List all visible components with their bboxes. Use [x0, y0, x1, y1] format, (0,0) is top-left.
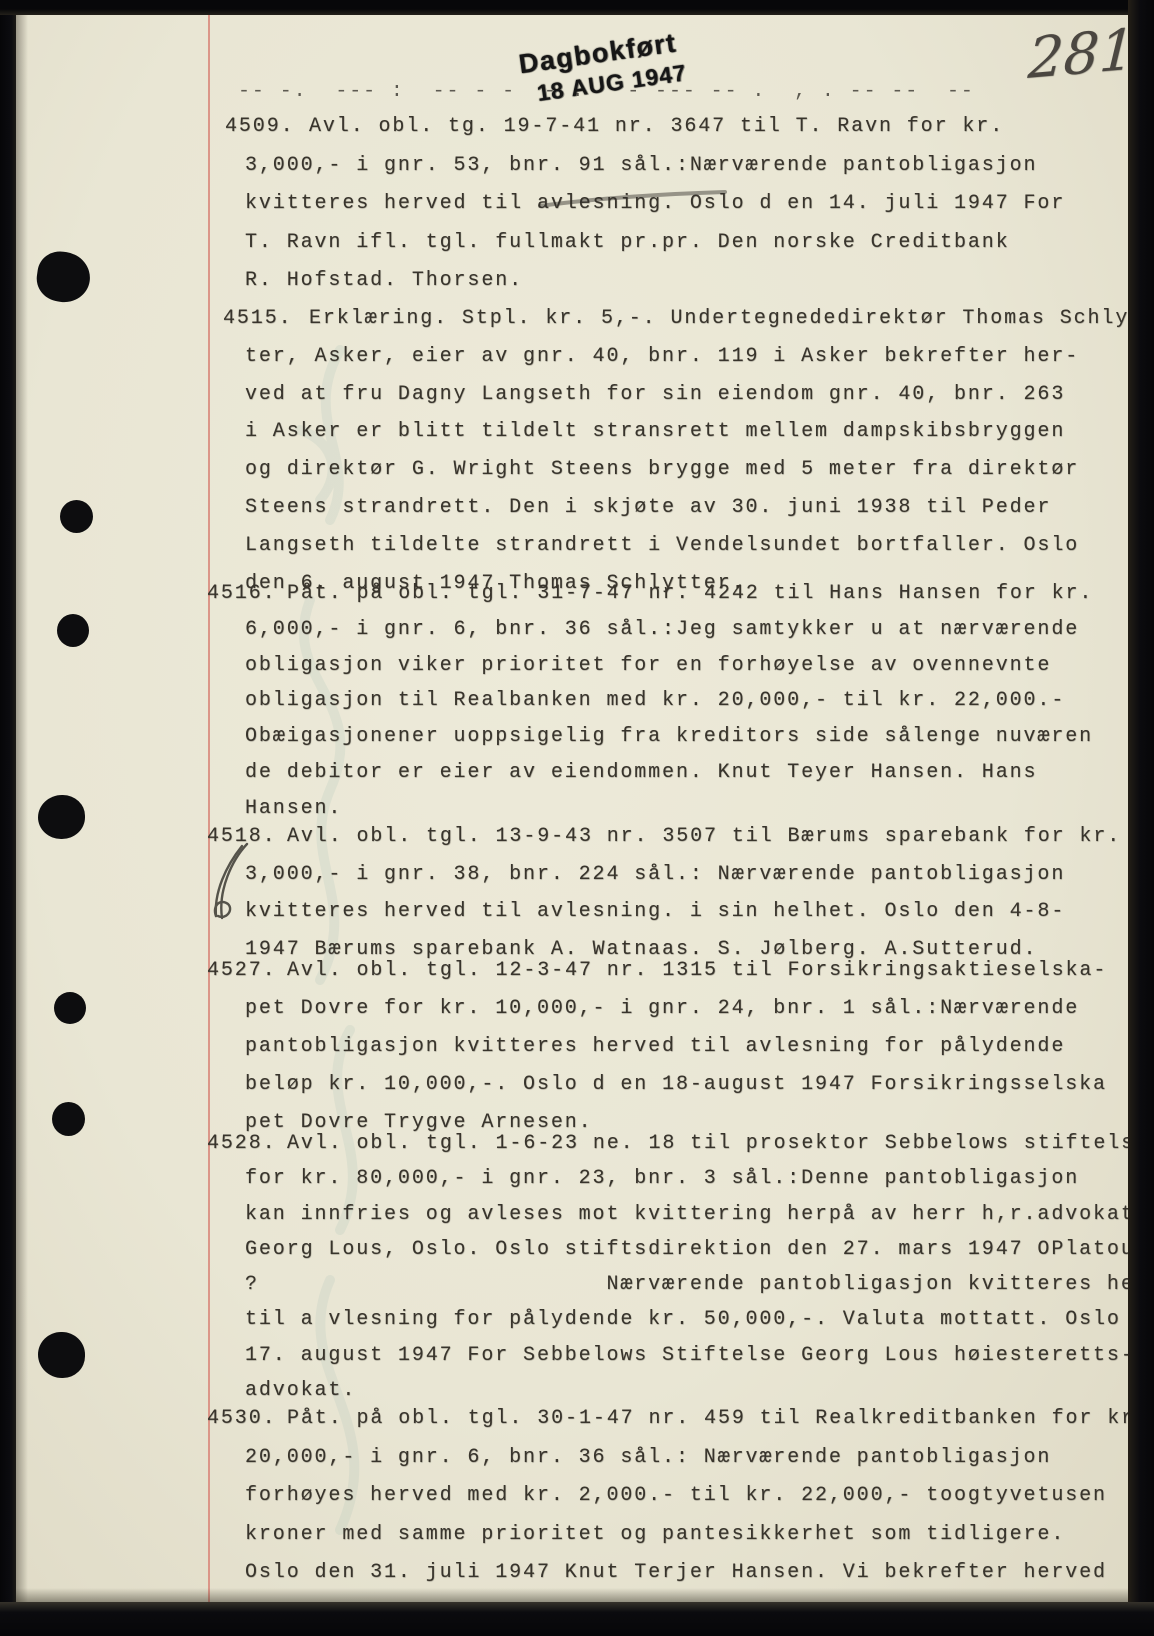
- page-number: 281: [1026, 17, 1136, 92]
- entry-line: de debitor er eier av eiendommen. Knut T…: [207, 755, 1154, 791]
- entry-text: Erklæring. Stpl. kr. 5,-. Undertegnededi…: [309, 307, 1154, 330]
- entry-text: Avl. obl. tgl. 13-9-43 nr. 3507 til Bæru…: [287, 825, 1121, 848]
- entry-number: 4515.: [223, 300, 309, 338]
- entry-line: Obæigasjonener uoppsigelig fra kreditors…: [207, 719, 1154, 755]
- entry-line: obligasjon viker prioritet for en forhøy…: [207, 648, 1154, 684]
- entry-number: 4528.: [207, 1126, 287, 1161]
- entry-line: pantobligasjon kvitteres herved til avle…: [207, 1028, 1154, 1066]
- entry-line: 20,000,- i gnr. 6, bnr. 36 sål.: Nærvære…: [207, 1439, 1154, 1478]
- entry-line: 4509.Avl. obl. tg. 19-7-41 nr. 3647 til …: [207, 108, 1154, 147]
- entry-line: 4516.Påt. på obl. tgl. 31-7-47 nr. 4242 …: [207, 576, 1154, 612]
- binder-hole: [34, 249, 93, 306]
- entry-line: R. Hofstad. Thorsen.: [207, 262, 1154, 301]
- entry-line: ter, Asker, eier av gnr. 40, bnr. 119 i …: [207, 338, 1154, 376]
- entry-line: i Asker er blitt tildelt stransrett mell…: [207, 413, 1154, 451]
- scan-edge-top: [0, 0, 1154, 15]
- entry-line: kvitteres herved til avlesning. i sin he…: [207, 893, 1154, 931]
- scan-edge-left: [0, 0, 16, 1636]
- scan-edge-right: [1128, 0, 1154, 1636]
- entry-line: 3,000,- i gnr. 53, bnr. 91 sål.:Nærværen…: [207, 147, 1154, 186]
- entry-line: ? Nærværende pantobligasjon kvitteres he…: [207, 1267, 1154, 1302]
- registry-entry-4528: 4528.Avl. obl. tgl. 1-6-23 ne. 18 til pr…: [207, 1126, 1154, 1408]
- entry-line: ved at fru Dagny Langseth for sin eiendo…: [207, 376, 1154, 414]
- entry-line: Langseth tildelte strandrett i Vendelsun…: [207, 527, 1154, 565]
- binder-hole: [38, 795, 85, 839]
- entry-text: Avl. obl. tgl. 12-3-47 nr. 1315 til Fors…: [287, 959, 1107, 982]
- entry-line: kroner med samme prioritet og pantesikke…: [207, 1516, 1154, 1555]
- entry-number: 4527.: [207, 952, 287, 990]
- entry-line: 4528.Avl. obl. tgl. 1-6-23 ne. 18 til pr…: [207, 1126, 1154, 1161]
- entry-number: 4518.: [207, 818, 287, 856]
- binder-hole: [52, 1102, 85, 1136]
- entry-line: til a vlesning for pålydende kr. 50,000,…: [207, 1302, 1154, 1337]
- entry-line: for kr. 80,000,- i gnr. 23, bnr. 3 sål.:…: [207, 1161, 1154, 1196]
- binder-hole: [54, 992, 86, 1024]
- entry-number: 4530.: [207, 1400, 287, 1439]
- registry-entry-4530: 4530.Påt. på obl. tgl. 30-1-47 nr. 459 t…: [207, 1400, 1154, 1593]
- entry-line: 6,000,- i gnr. 6, bnr. 36 sål.:Jeg samty…: [207, 612, 1154, 648]
- entry-text: Avl. obl. tg. 19-7-41 nr. 3647 til T. Ra…: [309, 115, 1004, 138]
- binder-hole: [38, 1332, 85, 1378]
- entry-line: 17. august 1947 For Sebbelows Stiftelse …: [207, 1338, 1154, 1373]
- registry-entry-4518: 4518.Avl. obl. tgl. 13-9-43 nr. 3507 til…: [207, 818, 1154, 968]
- entry-line: kan innfries og avleses mot kvittering h…: [207, 1197, 1154, 1232]
- entry-line: Steens strandrett. Den i skjøte av 30. j…: [207, 489, 1154, 527]
- entry-line: forhøyes herved med kr. 2,000.- til kr. …: [207, 1477, 1154, 1516]
- entry-line: og direktør G. Wright Steens brygge med …: [207, 451, 1154, 489]
- entry-line: pet Dovre for kr. 10,000,- i gnr. 24, bn…: [207, 990, 1154, 1028]
- scanned-registry-page: -- -. --- : -- - - - . - --- -- . , . --…: [0, 0, 1154, 1636]
- binder-hole: [57, 614, 89, 647]
- registry-entry-4509: 4509.Avl. obl. tg. 19-7-41 nr. 3647 til …: [207, 108, 1154, 301]
- entry-line: Oslo den 31. juli 1947 Knut Terjer Hanse…: [207, 1554, 1154, 1593]
- entry-line: 4530.Påt. på obl. tgl. 30-1-47 nr. 459 t…: [207, 1400, 1154, 1439]
- registry-entry-4527: 4527.Avl. obl. tgl. 12-3-47 nr. 1315 til…: [207, 952, 1154, 1142]
- entry-line: 4515.Erklæring. Stpl. kr. 5,-. Undertegn…: [207, 300, 1154, 338]
- entry-text: Påt. på obl. tgl. 31-7-47 nr. 4242 til H…: [287, 582, 1093, 605]
- paper-edge-shadow: [16, 0, 28, 1636]
- entry-text: Påt. på obl. tgl. 30-1-47 nr. 459 til Re…: [287, 1407, 1149, 1430]
- entry-number: 4509.: [225, 108, 309, 147]
- entry-line: Georg Lous, Oslo. Oslo stiftsdirektion d…: [207, 1232, 1154, 1267]
- entry-line: 4518.Avl. obl. tgl. 13-9-43 nr. 3507 til…: [207, 818, 1154, 856]
- registry-entry-4516: 4516.Påt. på obl. tgl. 31-7-47 nr. 4242 …: [207, 576, 1154, 827]
- binder-hole: [60, 500, 93, 533]
- entry-line: 4527.Avl. obl. tgl. 12-3-47 nr. 1315 til…: [207, 952, 1154, 990]
- entry-line: obligasjon til Realbanken med kr. 20,000…: [207, 683, 1154, 719]
- entry-line: beløp kr. 10,000,-. Oslo d en 18-august …: [207, 1066, 1154, 1104]
- scan-edge-bottom: [0, 1602, 1154, 1636]
- entry-line: kvitteres herved til avlesning. Oslo d e…: [207, 185, 1154, 224]
- entry-text: Avl. obl. tgl. 1-6-23 ne. 18 til prosekt…: [287, 1132, 1149, 1155]
- entry-line: 3,000,- i gnr. 38, bnr. 224 sål.: Nærvær…: [207, 856, 1154, 894]
- entry-line: T. Ravn ifl. tgl. fullmakt pr.pr. Den no…: [207, 224, 1154, 263]
- entry-number: 4516.: [207, 576, 287, 612]
- registry-entry-4515: 4515.Erklæring. Stpl. kr. 5,-. Undertegn…: [207, 300, 1154, 602]
